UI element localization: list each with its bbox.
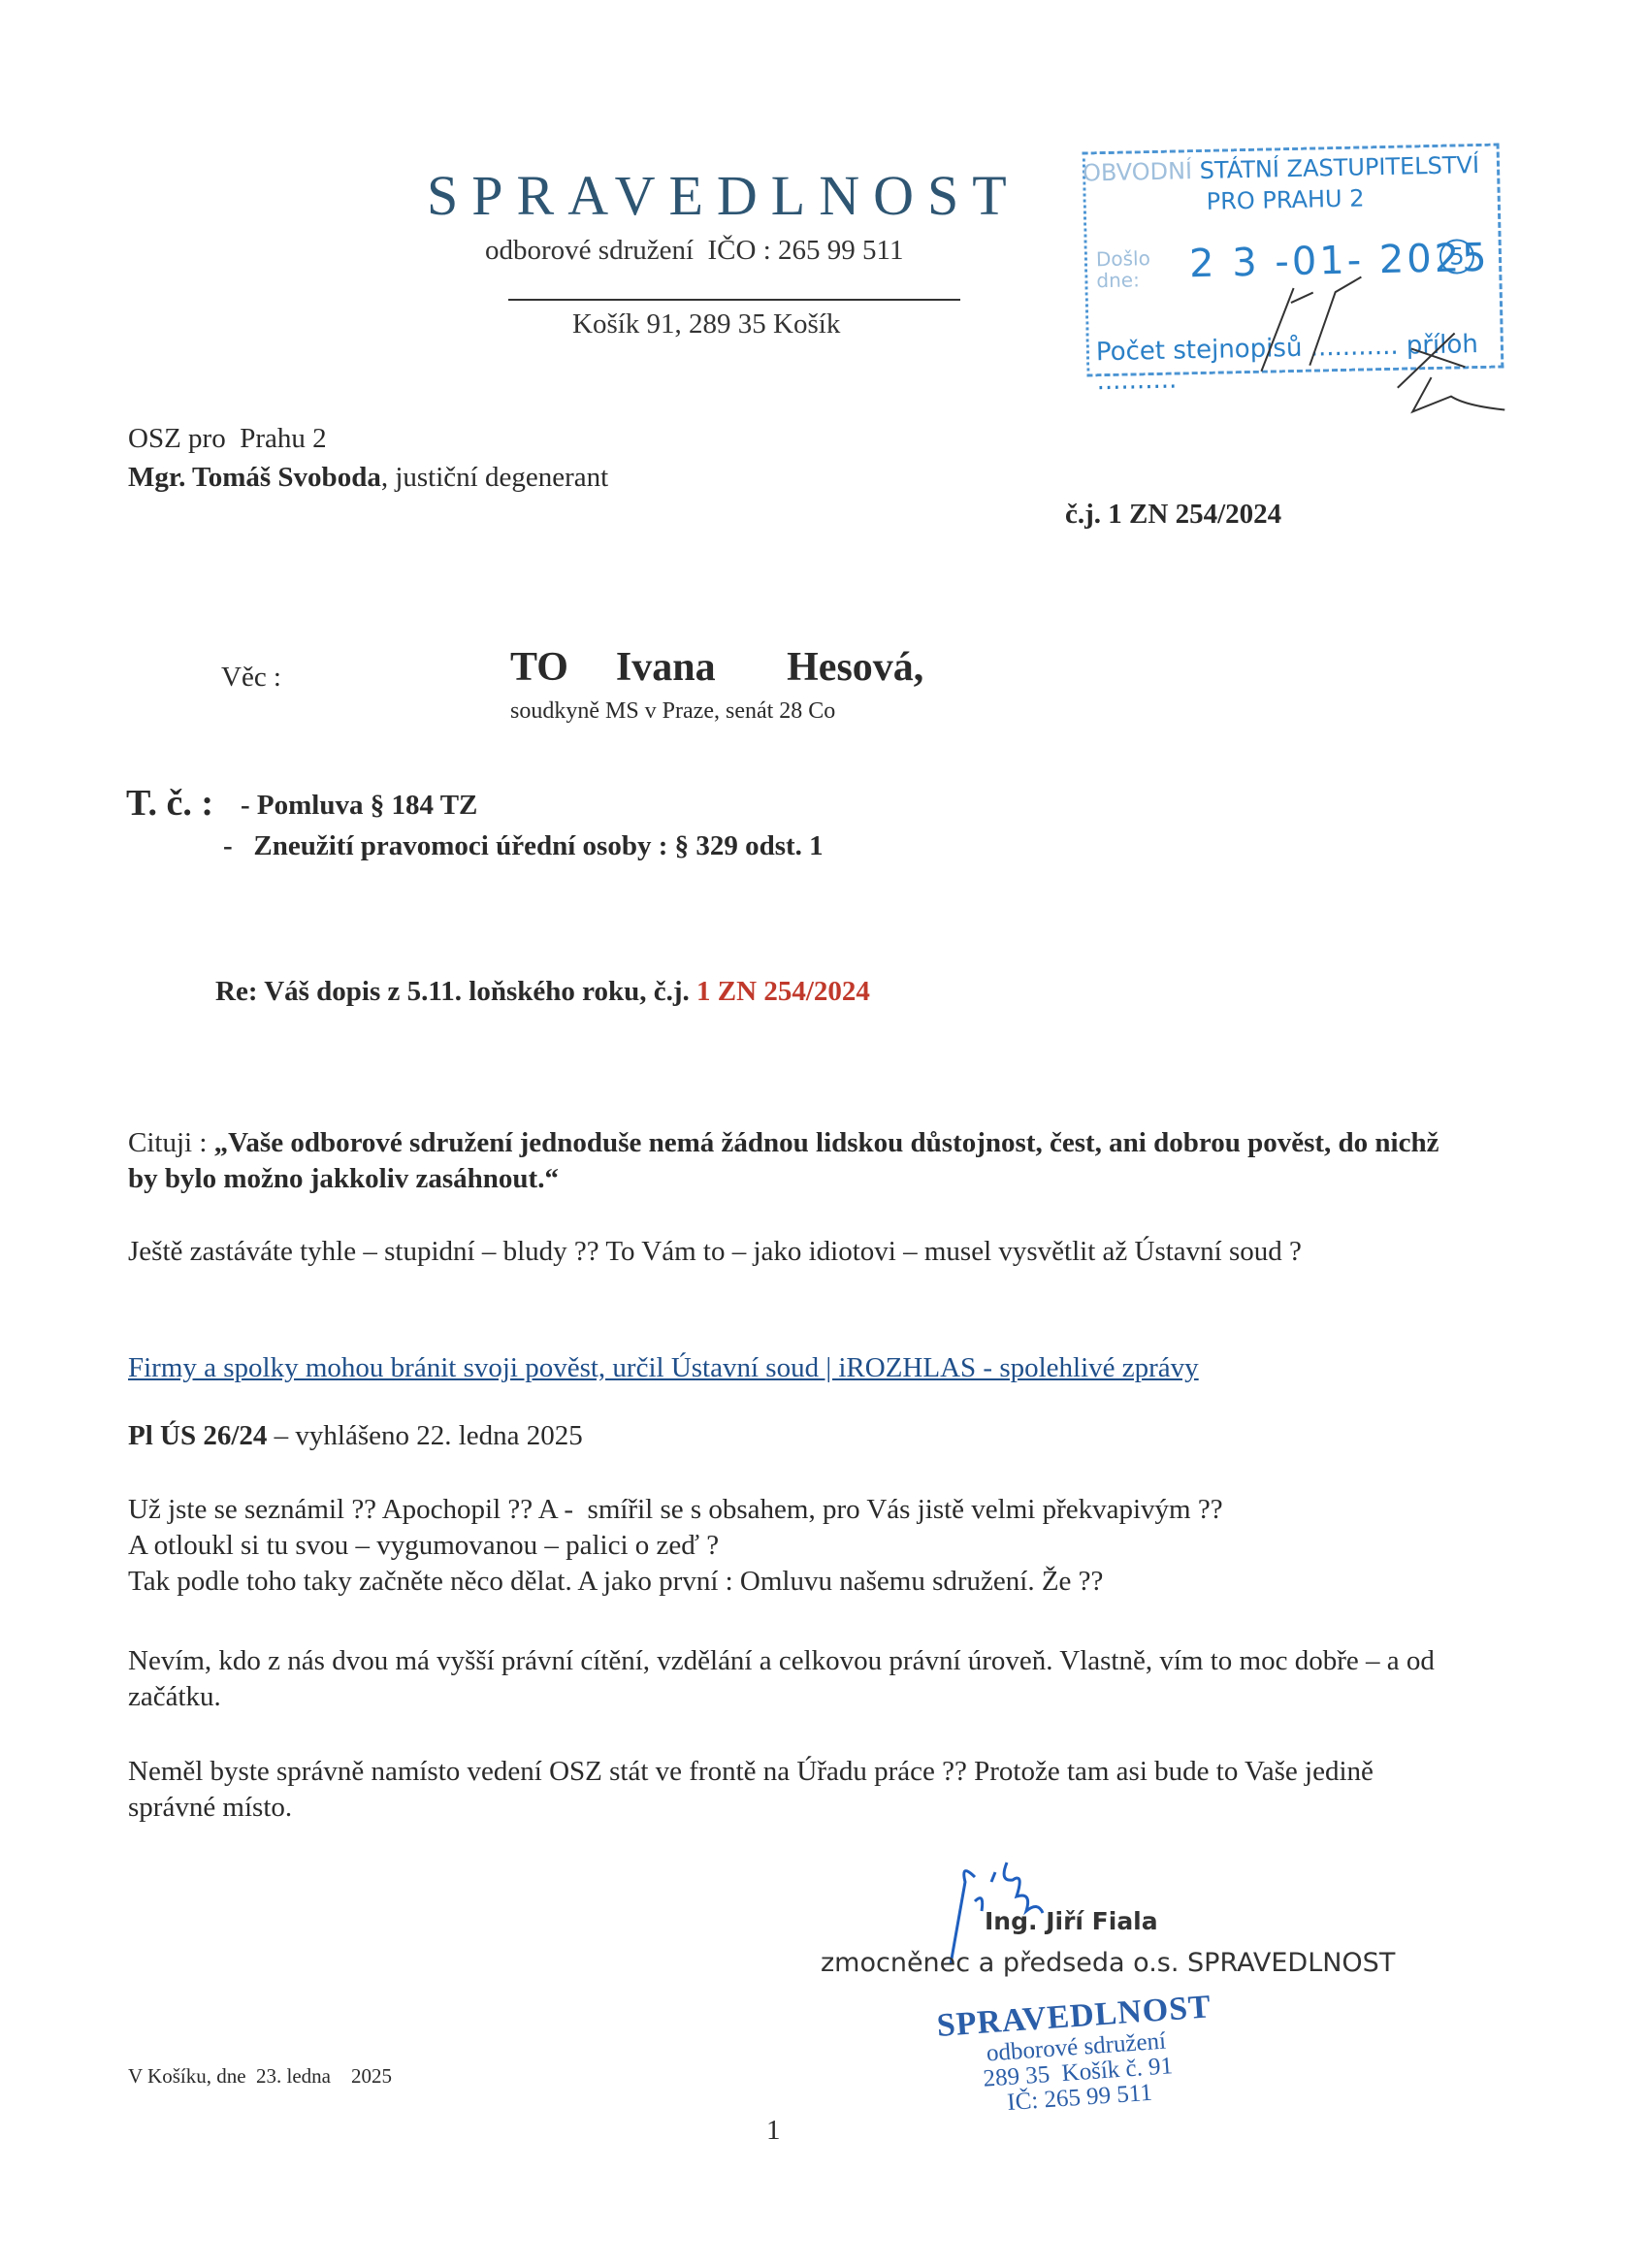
letterhead-subtitle: odborové sdružení IČO : 265 99 511 [485, 235, 903, 267]
paragraph-3-line: Už jste se seznámil ?? Apochopil ?? A - … [128, 1492, 1447, 1528]
page-number: 1 [766, 2115, 781, 2147]
place-and-date: V Košíku, dne 23. ledna 2025 [128, 2064, 392, 2089]
addressee-title: , justiční degenerant [381, 462, 608, 493]
paragraph-4: Nevím, kdo z nás dvou má vyšší právní cí… [128, 1643, 1447, 1715]
signatory-role: zmocněnec a předseda o.s. SPRAVEDLNOST [821, 1948, 1395, 1978]
addressee-name: Mgr. Tomáš Svoboda [128, 462, 381, 493]
article-link[interactable]: Firmy a spolky mohou bránit svoji pověst… [128, 1350, 1447, 1386]
ruling-line: Pl ÚS 26/24 – vyhlášeno 22. ledna 2025 [128, 1418, 1447, 1454]
subject-detail: soudkyně MS v Praze, senát 28 Co [510, 698, 835, 725]
re-text: Re: Váš dopis z 5.11. loňského roku, č.j… [215, 976, 696, 1007]
quote-paragraph: Cituji : „Vaše odborové sdružení jednodu… [128, 1125, 1447, 1197]
subject-label: Věc : [221, 662, 281, 694]
reference-number: č.j. 1 ZN 254/2024 [1065, 499, 1281, 531]
quote-text: „Vaše odborové sdružení jednoduše nemá ž… [128, 1127, 1439, 1194]
registry-stamp: OBVODNÍ STÁTNÍ ZASTUPITELSTVÍ PRO PRAHU … [1083, 144, 1504, 377]
paragraph-3: Už jste se seznámil ?? Apochopil ?? A - … [128, 1492, 1447, 1600]
paragraph-3-line: A otloukl si tu svou – vygumovanou – pal… [128, 1528, 1447, 1564]
paragraph-5: Neměl byste správně namísto vedení OSZ s… [128, 1754, 1447, 1826]
ruling-id: Pl ÚS 26/24 [128, 1420, 267, 1451]
organization-stamp: SPRAVEDLNOST odborové sdružení 289 35 Ko… [927, 1989, 1225, 2122]
ruling-date: – vyhlášeno 22. ledna 2025 [267, 1420, 582, 1451]
letterhead-divider [508, 299, 960, 301]
offense-item: - Zneužití pravomoci úřední osoby : § 32… [223, 830, 824, 862]
signatory-name: Ing. Jiří Fiala [985, 1907, 1158, 1935]
letterhead-title: SPRAVEDLNOST [427, 163, 1020, 228]
offense-label: T. č. : [126, 782, 213, 825]
addressee-person: Mgr. Tomáš Svoboda, justiční degenerant [128, 462, 608, 494]
offense-item: - Pomluva § 184 TZ [241, 790, 477, 822]
letterhead-address: Košík 91, 289 35 Košík [572, 308, 840, 340]
paragraph-2: Ještě zastáváte tyhle – stupidní – bludy… [128, 1234, 1447, 1270]
re-line: Re: Váš dopis z 5.11. loňského roku, č.j… [215, 976, 870, 1008]
paragraph-3-line: Tak podle toho taky začněte něco dělat. … [128, 1564, 1447, 1600]
addressee-office: OSZ pro Prahu 2 [128, 423, 327, 455]
handwritten-marks-icon [1083, 144, 1504, 405]
re-reference: 1 ZN 254/2024 [696, 976, 870, 1007]
subject-name: TO Ivana Hesová, [510, 644, 923, 691]
quote-prefix: Cituji : [128, 1127, 214, 1158]
